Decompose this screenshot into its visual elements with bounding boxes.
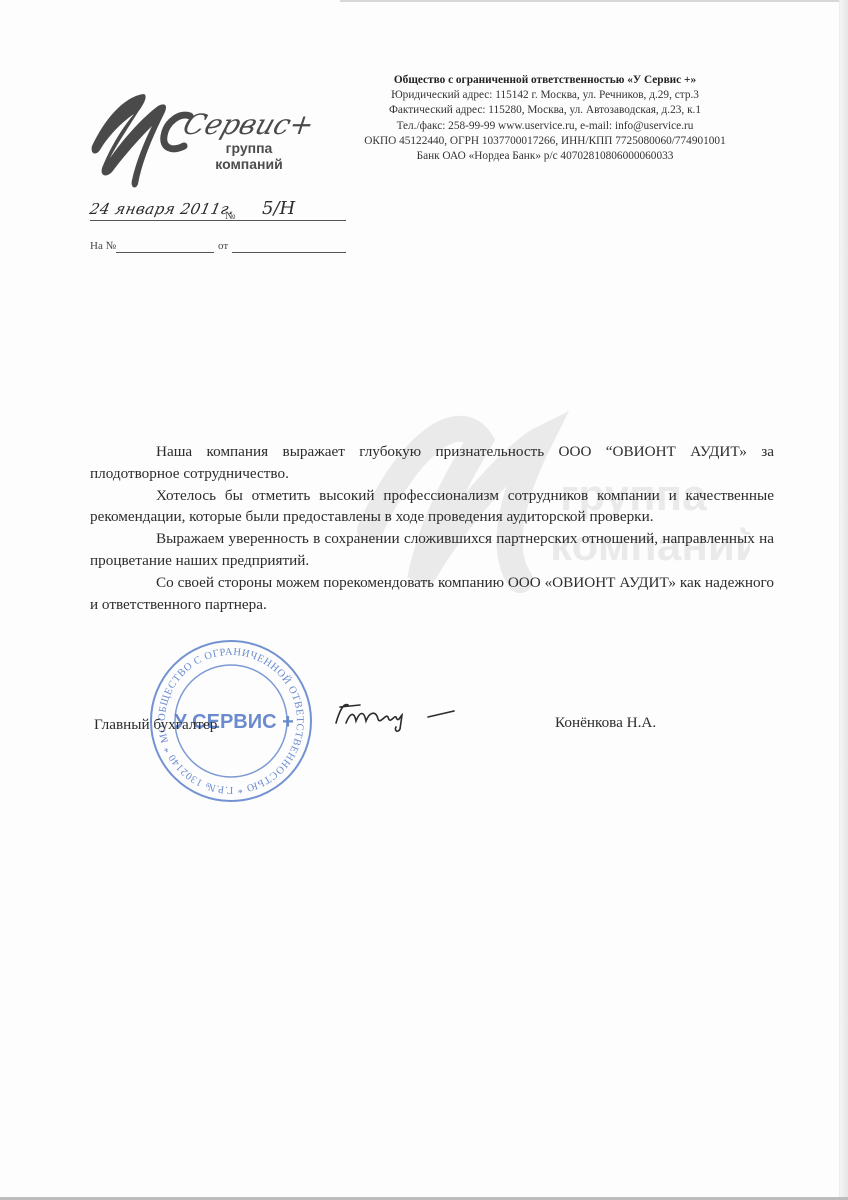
handwritten-signature-icon — [330, 695, 470, 735]
reference-from-underline — [232, 252, 346, 253]
reference-number-label: На № — [90, 240, 116, 252]
actual-address: Фактический адрес: 115280, Москва, ул. А… — [330, 103, 760, 118]
paragraph: Наша компания выражает глубокую признате… — [90, 441, 774, 485]
paragraph: Выражаем уверенность в сохранении сложив… — [90, 528, 774, 572]
paragraph: Хотелось бы отметить высокий профессиона… — [90, 485, 774, 529]
outgoing-number-handwritten: 5/Н — [262, 198, 295, 219]
company-logo: Сервис+ группа компаний — [86, 76, 326, 196]
logo-tagline-line1: группа — [204, 140, 294, 156]
letter-body: Наша компания выражает глубокую признате… — [90, 441, 774, 615]
paragraph: Со своей стороны можем порекомендовать к… — [90, 572, 774, 616]
contacts: Тел./факс: 258-99-99 www.uservice.ru, e-… — [330, 119, 760, 134]
logo-tagline-line2: компаний — [204, 156, 294, 172]
logo-tagline: группа компаний — [204, 140, 294, 172]
reference-from-label: от — [218, 240, 228, 252]
signatory-position: Главный бухгалтер — [94, 716, 217, 734]
outgoing-date-handwritten: 24 января 2011г. — [88, 200, 236, 218]
outgoing-underline — [90, 220, 346, 221]
company-name: Общество с ограниченной ответственностью… — [330, 73, 760, 88]
registration-codes: ОКПО 45122440, ОГРН 1037700017266, ИНН/К… — [330, 134, 760, 149]
reference-number-underline — [116, 252, 214, 253]
logo-mark-icon: Сервис+ — [86, 76, 326, 196]
scan-edge-right — [839, 0, 848, 1200]
bank-details: Банк ОАО «Нордеа Банк» р/с 4070281080600… — [330, 149, 760, 164]
company-details: Общество с ограниченной ответственностью… — [330, 73, 760, 164]
legal-address: Юридический адрес: 115142 г. Москва, ул.… — [330, 88, 760, 103]
signatory-name: Конёнкова Н.А. — [555, 714, 656, 732]
scan-edge-top — [340, 0, 848, 2]
svg-text:Сервис+: Сервис+ — [179, 108, 319, 141]
